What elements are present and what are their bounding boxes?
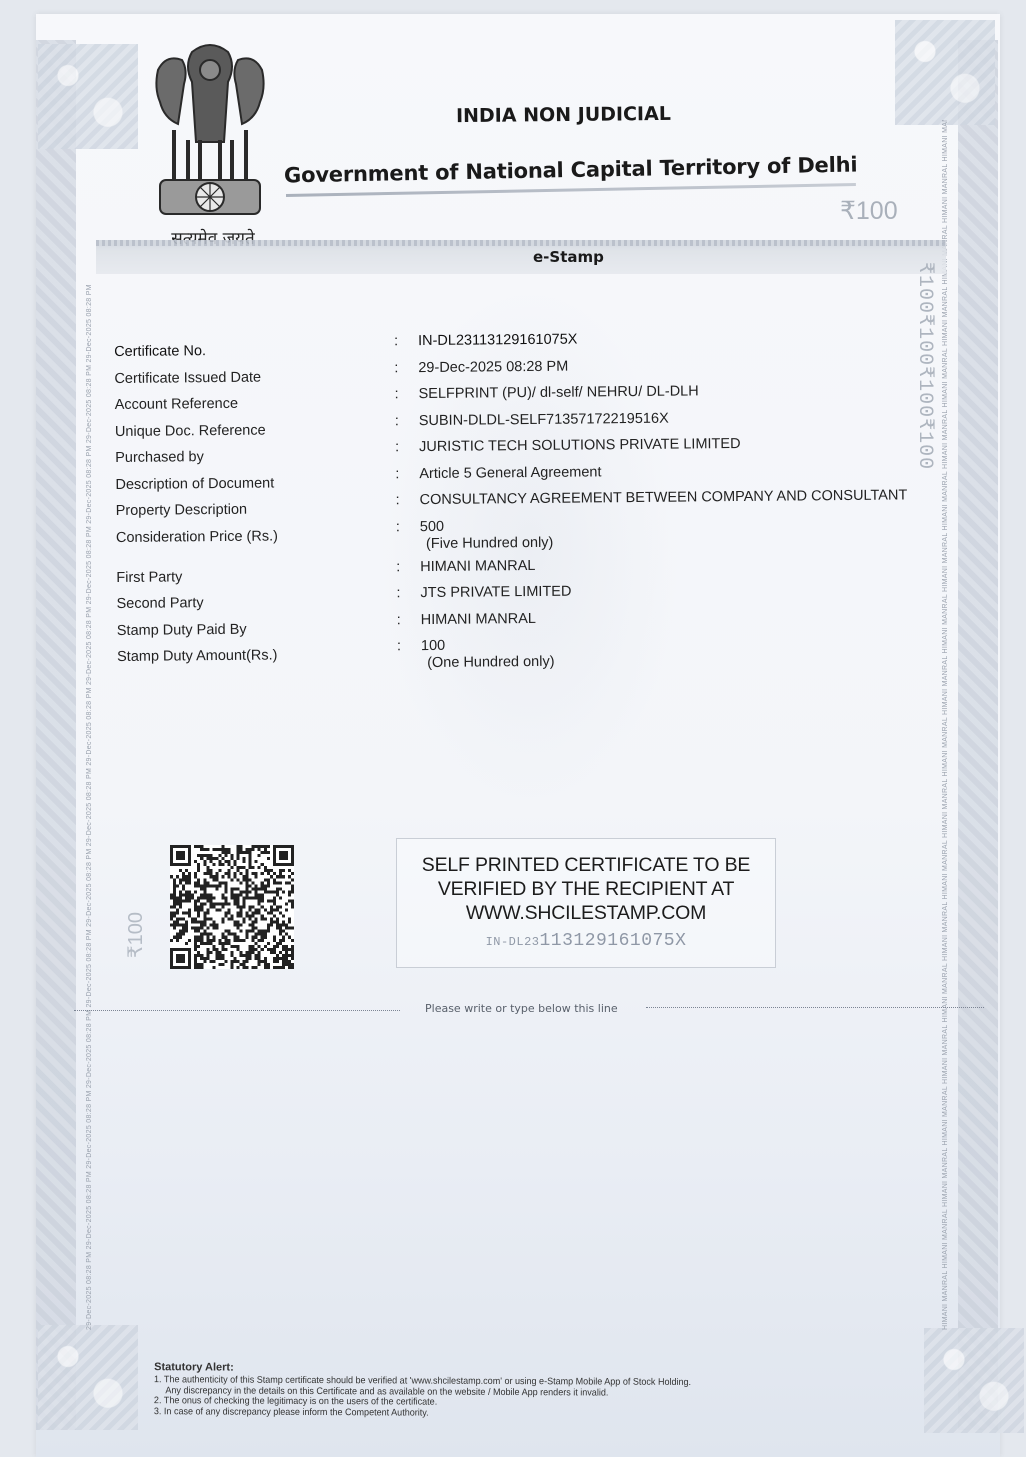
estamp-label: e-Stamp (533, 248, 604, 266)
detail-label: Account Reference (115, 396, 238, 413)
denomination-top: ₹100 (840, 196, 898, 226)
write-below-line: Please write or type below this line (74, 1002, 984, 1016)
corner-ornament-top-left (38, 44, 138, 149)
detail-label: Stamp Duty Amount(Rs.) (117, 647, 278, 665)
verify-certificate-number: IN-DL23113129161075X (397, 931, 775, 951)
qr-code-icon[interactable] (170, 845, 294, 969)
detail-value: CONSULTANCY AGREEMENT BETWEEN COMPANY AN… (420, 487, 908, 508)
verify-line-2: VERIFIED BY THE RECIPIENT AT (397, 877, 775, 901)
detail-value: IN-DL23113129161075X (418, 332, 578, 350)
microtext-left-border: 29-Dec-2025 08:28 PM 29-Dec-2025 08:28 P… (86, 150, 98, 1330)
corner-ornament-top-right (895, 20, 995, 125)
microtext-right-border: HIMANI MANRAL HIMANI MANRAL HIMANI MANRA… (942, 120, 954, 1330)
dotted-rule-left (74, 1010, 400, 1011)
detail-separator: : (397, 612, 401, 628)
detail-separator: : (397, 638, 401, 654)
amount-figure: 500 (420, 518, 444, 534)
detail-separator: : (395, 439, 399, 455)
detail-value: 29-Dec-2025 08:28 PM (418, 358, 568, 375)
certificate-details: Certificate No. : IN-DL23113129161075X C… (114, 328, 957, 681)
detail-value: SUBIN-DLDL-SELF71357172219516X (419, 410, 669, 428)
detail-separator: : (394, 333, 398, 349)
title-india-non-judicial: INDIA NON JUDICIAL (456, 103, 671, 127)
detail-separator: : (395, 413, 399, 429)
detail-separator: : (396, 492, 400, 508)
detail-row-stamp-duty-amount: Stamp Duty Amount(Rs.) : 100 (One Hundre… (117, 633, 957, 681)
denomination-qr: ₹100 (124, 912, 148, 958)
estamp-band (96, 240, 946, 274)
detail-value: JURISTIC TECH SOLUTIONS PRIVATE LIMITED (419, 436, 741, 455)
detail-value: SELFPRINT (PU)/ dl-self/ NEHRU/ DL-DLH (418, 383, 698, 402)
detail-value: JTS PRIVATE LIMITED (420, 584, 571, 601)
verification-url[interactable]: WWW.SHCILESTAMP.COM (397, 901, 775, 925)
verify-line-1: SELF PRINTED CERTIFICATE TO BE (397, 853, 775, 877)
detail-value: HIMANI MANRAL (421, 610, 536, 627)
left-ornamental-border (36, 40, 76, 1430)
detail-separator: : (394, 386, 398, 402)
detail-label: First Party (116, 569, 182, 586)
national-emblem-icon (148, 40, 272, 220)
detail-label: Certificate No. (114, 343, 206, 360)
detail-label: Certificate Issued Date (114, 369, 261, 386)
amount-words: (Five Hundred only) (426, 534, 553, 551)
detail-label: Purchased by (115, 449, 204, 466)
amount-words: (One Hundred only) (427, 654, 554, 671)
right-ornamental-border (958, 40, 998, 1430)
detail-separator: : (395, 466, 399, 482)
detail-value: HIMANI MANRAL (420, 557, 535, 574)
statutory-alert: Statutory Alert: 1. The authenticity of … (154, 1361, 854, 1421)
corner-ornament-bottom-left (38, 1325, 138, 1430)
detail-separator: : (394, 360, 398, 376)
detail-label: Stamp Duty Paid By (117, 621, 247, 638)
detail-label: Second Party (116, 595, 203, 612)
amount-figure: 100 (421, 638, 445, 654)
detail-value: Article 5 General Agreement (419, 464, 601, 482)
detail-label: Consideration Price (Rs.) (116, 528, 278, 546)
detail-separator: : (396, 585, 400, 601)
verification-notice: SELF PRINTED CERTIFICATE TO BE VERIFIED … (396, 838, 776, 968)
detail-value: 100 (One Hundred only) (421, 637, 555, 671)
detail-separator: : (396, 519, 400, 535)
detail-label: Property Description (116, 502, 248, 519)
corner-ornament-bottom-right (924, 1328, 1024, 1433)
detail-label: Unique Doc. Reference (115, 422, 266, 439)
write-below-instruction: Please write or type below this line (425, 1002, 618, 1015)
dotted-rule-right (646, 1007, 984, 1008)
detail-value: 500 (Five Hundred only) (420, 517, 554, 551)
detail-separator: : (396, 559, 400, 575)
detail-label: Description of Document (115, 475, 274, 493)
